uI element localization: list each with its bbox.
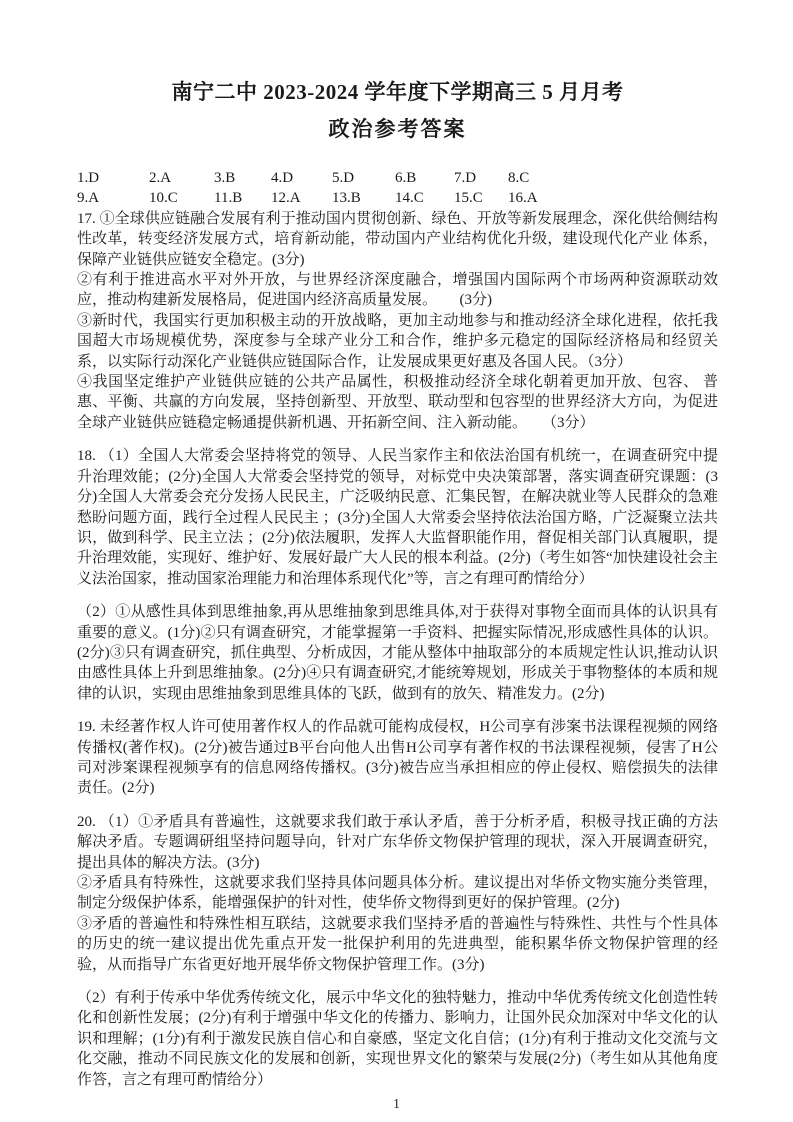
answer-paragraph: ②矛盾具有特殊性，这就要求我们坚持具体问题具体分析。建议提出对华侨文物实施分类管… [77,873,718,914]
answer-paragraph: 18. （1）全国人大常委会坚持将党的领导、人民当家作主和依法治国有机统一，在调… [77,446,718,589]
answer-item: 3.B [214,168,271,188]
answer-item: 11.B [214,188,271,208]
answer-paragraph: （2）有利于传承中华优秀传统文化，展示中华文化的独特魅力，推动中华优秀传统文化创… [77,988,718,1090]
answer-paragraph: 20. （1）①矛盾具有普遍性，这就要求我们敢于承认矛盾，善于分析矛盾，积极寻找… [77,812,718,873]
page-content: 南宁二中 2023-2024 学年度下学期高三 5 月月考 政治参考答案 1.D… [77,76,718,1090]
answer-item: 15.C [454,188,508,208]
answer-paragraph: ③新时代，我国实行更加积极主动的开放战略，更加主动地参与和推动经济全球化进程，依… [77,311,718,372]
answer-item: 4.D [271,168,332,188]
answer-row-1: 1.D2.A3.B4.D5.D6.B7.D8.C [77,168,718,188]
answer-paragraph: （2）①从感性具体到思维抽象,再从思维抽象到思维具体,对于获得对事物全面而具体的… [77,602,718,704]
answer-item: 16.A [508,188,538,208]
answer-item: 14.C [395,188,454,208]
exam-answer-sheet-page: 南宁二中 2023-2024 学年度下学期高三 5 月月考 政治参考答案 1.D… [0,0,793,1122]
answer-item: 1.D [77,168,149,188]
answer-paragraph: 19. 未经著作权人许可使用著作权人的作品就可能构成侵权，H公司享有涉案书法课程… [77,717,718,799]
page-title: 南宁二中 2023-2024 学年度下学期高三 5 月月考 [77,76,718,106]
page-subtitle: 政治参考答案 [77,113,718,143]
answer-paragraph: ④我国坚定维护产业链供应链的公共产品属性，积极推动经济全球化朝着更加开放、包容、… [77,372,718,433]
mc-answer-grid: 1.D2.A3.B4.D5.D6.B7.D8.C9.A10.C11.B12.A1… [77,168,718,209]
answer-item: 8.C [508,168,529,188]
answer-body: 17. ①全球供应链融合发展有利于推动国内贯彻创新、绿色、开放等新发展理念，深化… [77,209,718,1090]
answer-paragraph: ③矛盾的普遍性和特殊性相互联结，这就要求我们坚持矛盾的普遍性与特殊性、共性与个性… [77,914,718,975]
answer-item: 5.D [332,168,395,188]
answer-item: 13.B [332,188,395,208]
answer-item: 10.C [149,188,214,208]
answer-item: 7.D [454,168,508,188]
page-number: 1 [0,1097,793,1113]
answer-item: 2.A [149,168,214,188]
answer-item: 6.B [395,168,454,188]
answer-item: 12.A [271,188,332,208]
answer-row-2: 9.A10.C11.B12.A13.B14.C15.C16.A [77,188,718,208]
answer-paragraph: 17. ①全球供应链融合发展有利于推动国内贯彻创新、绿色、开放等新发展理念，深化… [77,209,718,270]
answer-item: 9.A [77,188,149,208]
answer-paragraph: ②有利于推进高水平对外开放，与世界经济深度融合，增强国内国际两个市场两种资源联动… [77,270,718,311]
